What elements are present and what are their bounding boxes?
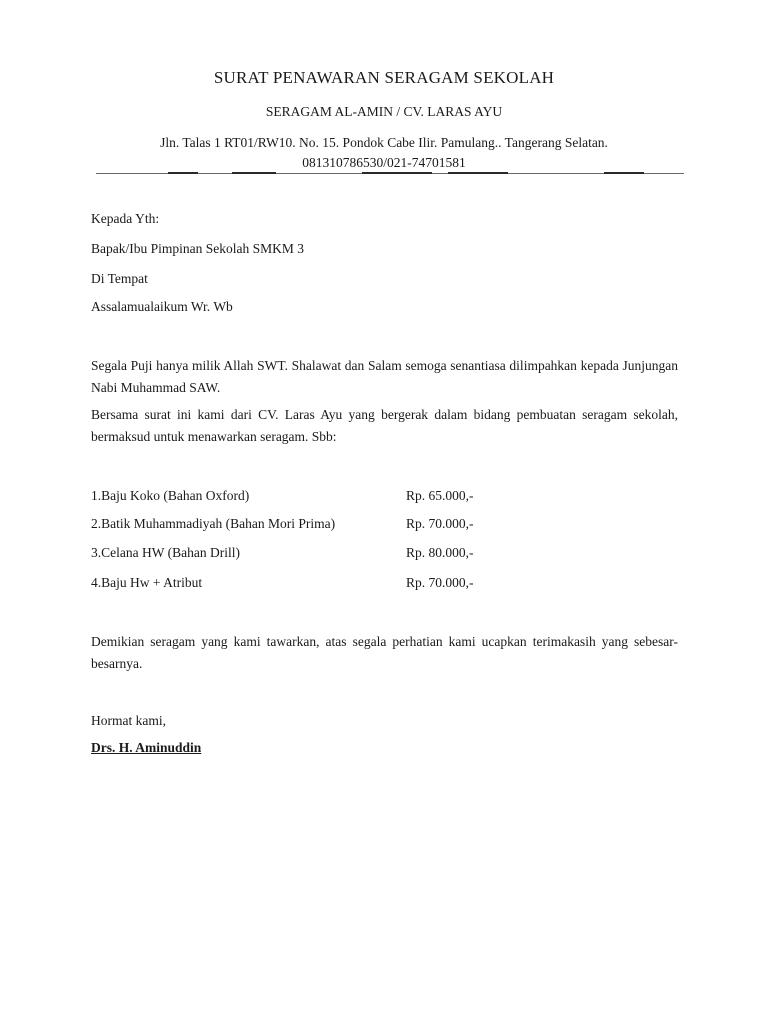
item-label: 1.Baju Koko (Bahan Oxford) bbox=[91, 488, 249, 504]
closing-paragraph: Demikian seragam yang kami tawarkan, ata… bbox=[91, 631, 678, 675]
header-divider-accent bbox=[604, 172, 644, 174]
recipient-salutation: Kepada Yth: bbox=[91, 211, 159, 227]
intro-paragraph: Bersama surat ini kami dari CV. Laras Ay… bbox=[91, 404, 678, 448]
item-price: Rp. 70.000,- bbox=[406, 575, 474, 591]
header-divider-accent bbox=[232, 172, 276, 174]
item-label: 2.Batik Muhammadiyah (Bahan Mori Prima) bbox=[91, 516, 335, 532]
opening-paragraph: Segala Puji hanya milik Allah SWT. Shala… bbox=[91, 355, 678, 399]
header-divider-accent bbox=[448, 172, 508, 174]
greeting: Assalamualaikum Wr. Wb bbox=[91, 299, 233, 315]
company-phone: 081310786530/021-74701581 bbox=[0, 155, 768, 171]
item-label: 4.Baju Hw + Atribut bbox=[91, 575, 202, 591]
recipient-name: Bapak/Ibu Pimpinan Sekolah SMKM 3 bbox=[91, 241, 304, 257]
item-price: Rp. 80.000,- bbox=[406, 545, 474, 561]
item-price: Rp. 65.000,- bbox=[406, 488, 474, 504]
item-label: 3.Celana HW (Bahan Drill) bbox=[91, 545, 240, 561]
item-price: Rp. 70.000,- bbox=[406, 516, 474, 532]
company-name: SERAGAM AL-AMIN / CV. LARAS AYU bbox=[0, 104, 768, 120]
header-divider-accent bbox=[362, 172, 432, 174]
signature-name: Drs. H. Aminuddin bbox=[91, 740, 201, 756]
company-address: Jln. Talas 1 RT01/RW10. No. 15. Pondok C… bbox=[0, 135, 768, 151]
header-divider-accent bbox=[168, 172, 198, 174]
letter-page: SURAT PENAWARAN SERAGAM SEKOLAH SERAGAM … bbox=[0, 0, 768, 1024]
regards: Hormat kami, bbox=[91, 713, 166, 729]
recipient-place: Di Tempat bbox=[91, 271, 148, 287]
letter-title: SURAT PENAWARAN SERAGAM SEKOLAH bbox=[0, 68, 768, 88]
